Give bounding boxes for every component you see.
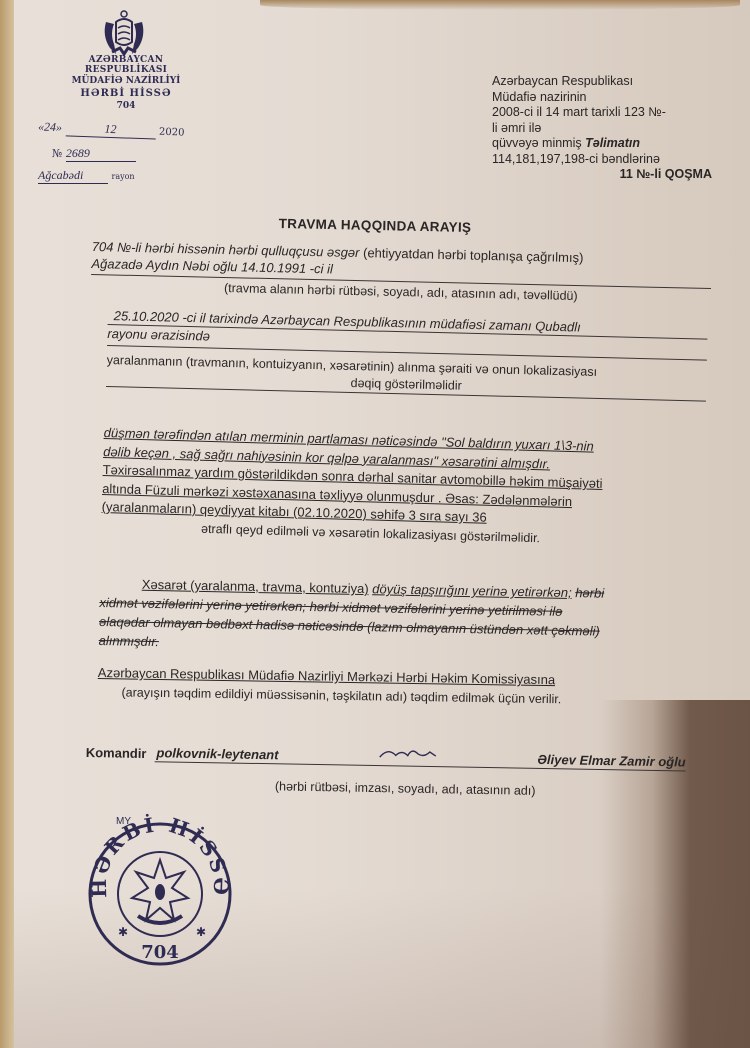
signature-block: Komandir polkovnik-leytenant Əliyev Elma… <box>85 740 686 802</box>
injury-circumstance: Xəsarət (yaralanma, travma, kontuziya) d… <box>99 574 710 662</box>
issuing-unit-header: AZƏRBAYCAN RESPUBLİKASI MÜDAFİƏ NAZİRLİY… <box>46 55 206 111</box>
header-unit: HƏRBİ HİSSƏ <box>46 88 206 99</box>
date-month: 12 <box>65 120 156 139</box>
injury-description: düşmən tərəfindən atılan merminin partla… <box>101 424 724 552</box>
reference-line: 114,181,197,198-ci bəndlərinə <box>492 152 712 168</box>
registration-stamp: «24» 12 2020 № 2689 Ağcabədi rayon <box>38 122 184 184</box>
header-ministry: MÜDAFİƏ NAZİRLİYİ <box>46 76 206 86</box>
commander-name: Əliyev Elmar Zamir oğlu <box>537 751 686 771</box>
date-day: «24» <box>38 119 62 134</box>
unit-seal-stamp: HƏRBİ HİSSƏ ✱ ✱ 704 MY <box>80 808 240 968</box>
reference-line: li əmri ilə <box>492 121 712 137</box>
number-prefix: № <box>52 147 62 160</box>
reference-line: qüvvəyə minmiş <box>492 136 582 150</box>
circumstance-kept: Xəsarət (yaralanma, travma, kontuziya) <box>142 577 369 596</box>
reference-line: Müdafiə nazirinin <box>492 90 712 106</box>
location-suffix: rayon <box>112 172 135 181</box>
svg-text:✱: ✱ <box>196 925 206 939</box>
svg-text:✱: ✱ <box>118 925 128 939</box>
location-handwritten: Ağcabədi <box>38 168 108 184</box>
incident-location: 25.10.2020 -ci il tarixində Azərbaycan R… <box>106 307 708 402</box>
reference-line: Azərbaycan Respublikası <box>492 74 712 90</box>
reference-line: 2008-ci il 14 mart tarixli 123 №- <box>492 105 712 121</box>
header-unit-number: 704 <box>46 101 206 111</box>
date-year: 2020 <box>159 127 185 139</box>
paper-fold <box>260 0 740 10</box>
circumstance-struck: hərbi <box>575 585 604 601</box>
legal-reference-block: Azərbaycan Respublikası Müdafiə nazirini… <box>492 74 712 183</box>
circumstance-combat: döyüş tapşırığını yerinə yetirərkən; <box>372 581 572 600</box>
header-country: AZƏRBAYCAN RESPUBLİKASI <box>46 55 206 75</box>
signature-scribble-icon <box>378 745 438 766</box>
outgoing-number: 2689 <box>66 146 136 162</box>
commander-rank: polkovnik-leytenant <box>154 744 278 763</box>
attachment-label: 11 №-li QOŞMA <box>492 167 712 183</box>
azerbaijan-coat-of-arms-icon <box>98 8 150 58</box>
reference-emphasis: Təlimatın <box>585 136 640 150</box>
signature-label: Komandir <box>86 744 147 762</box>
seal-prefix: MY <box>116 816 131 827</box>
seal-number: 704 <box>141 942 179 963</box>
